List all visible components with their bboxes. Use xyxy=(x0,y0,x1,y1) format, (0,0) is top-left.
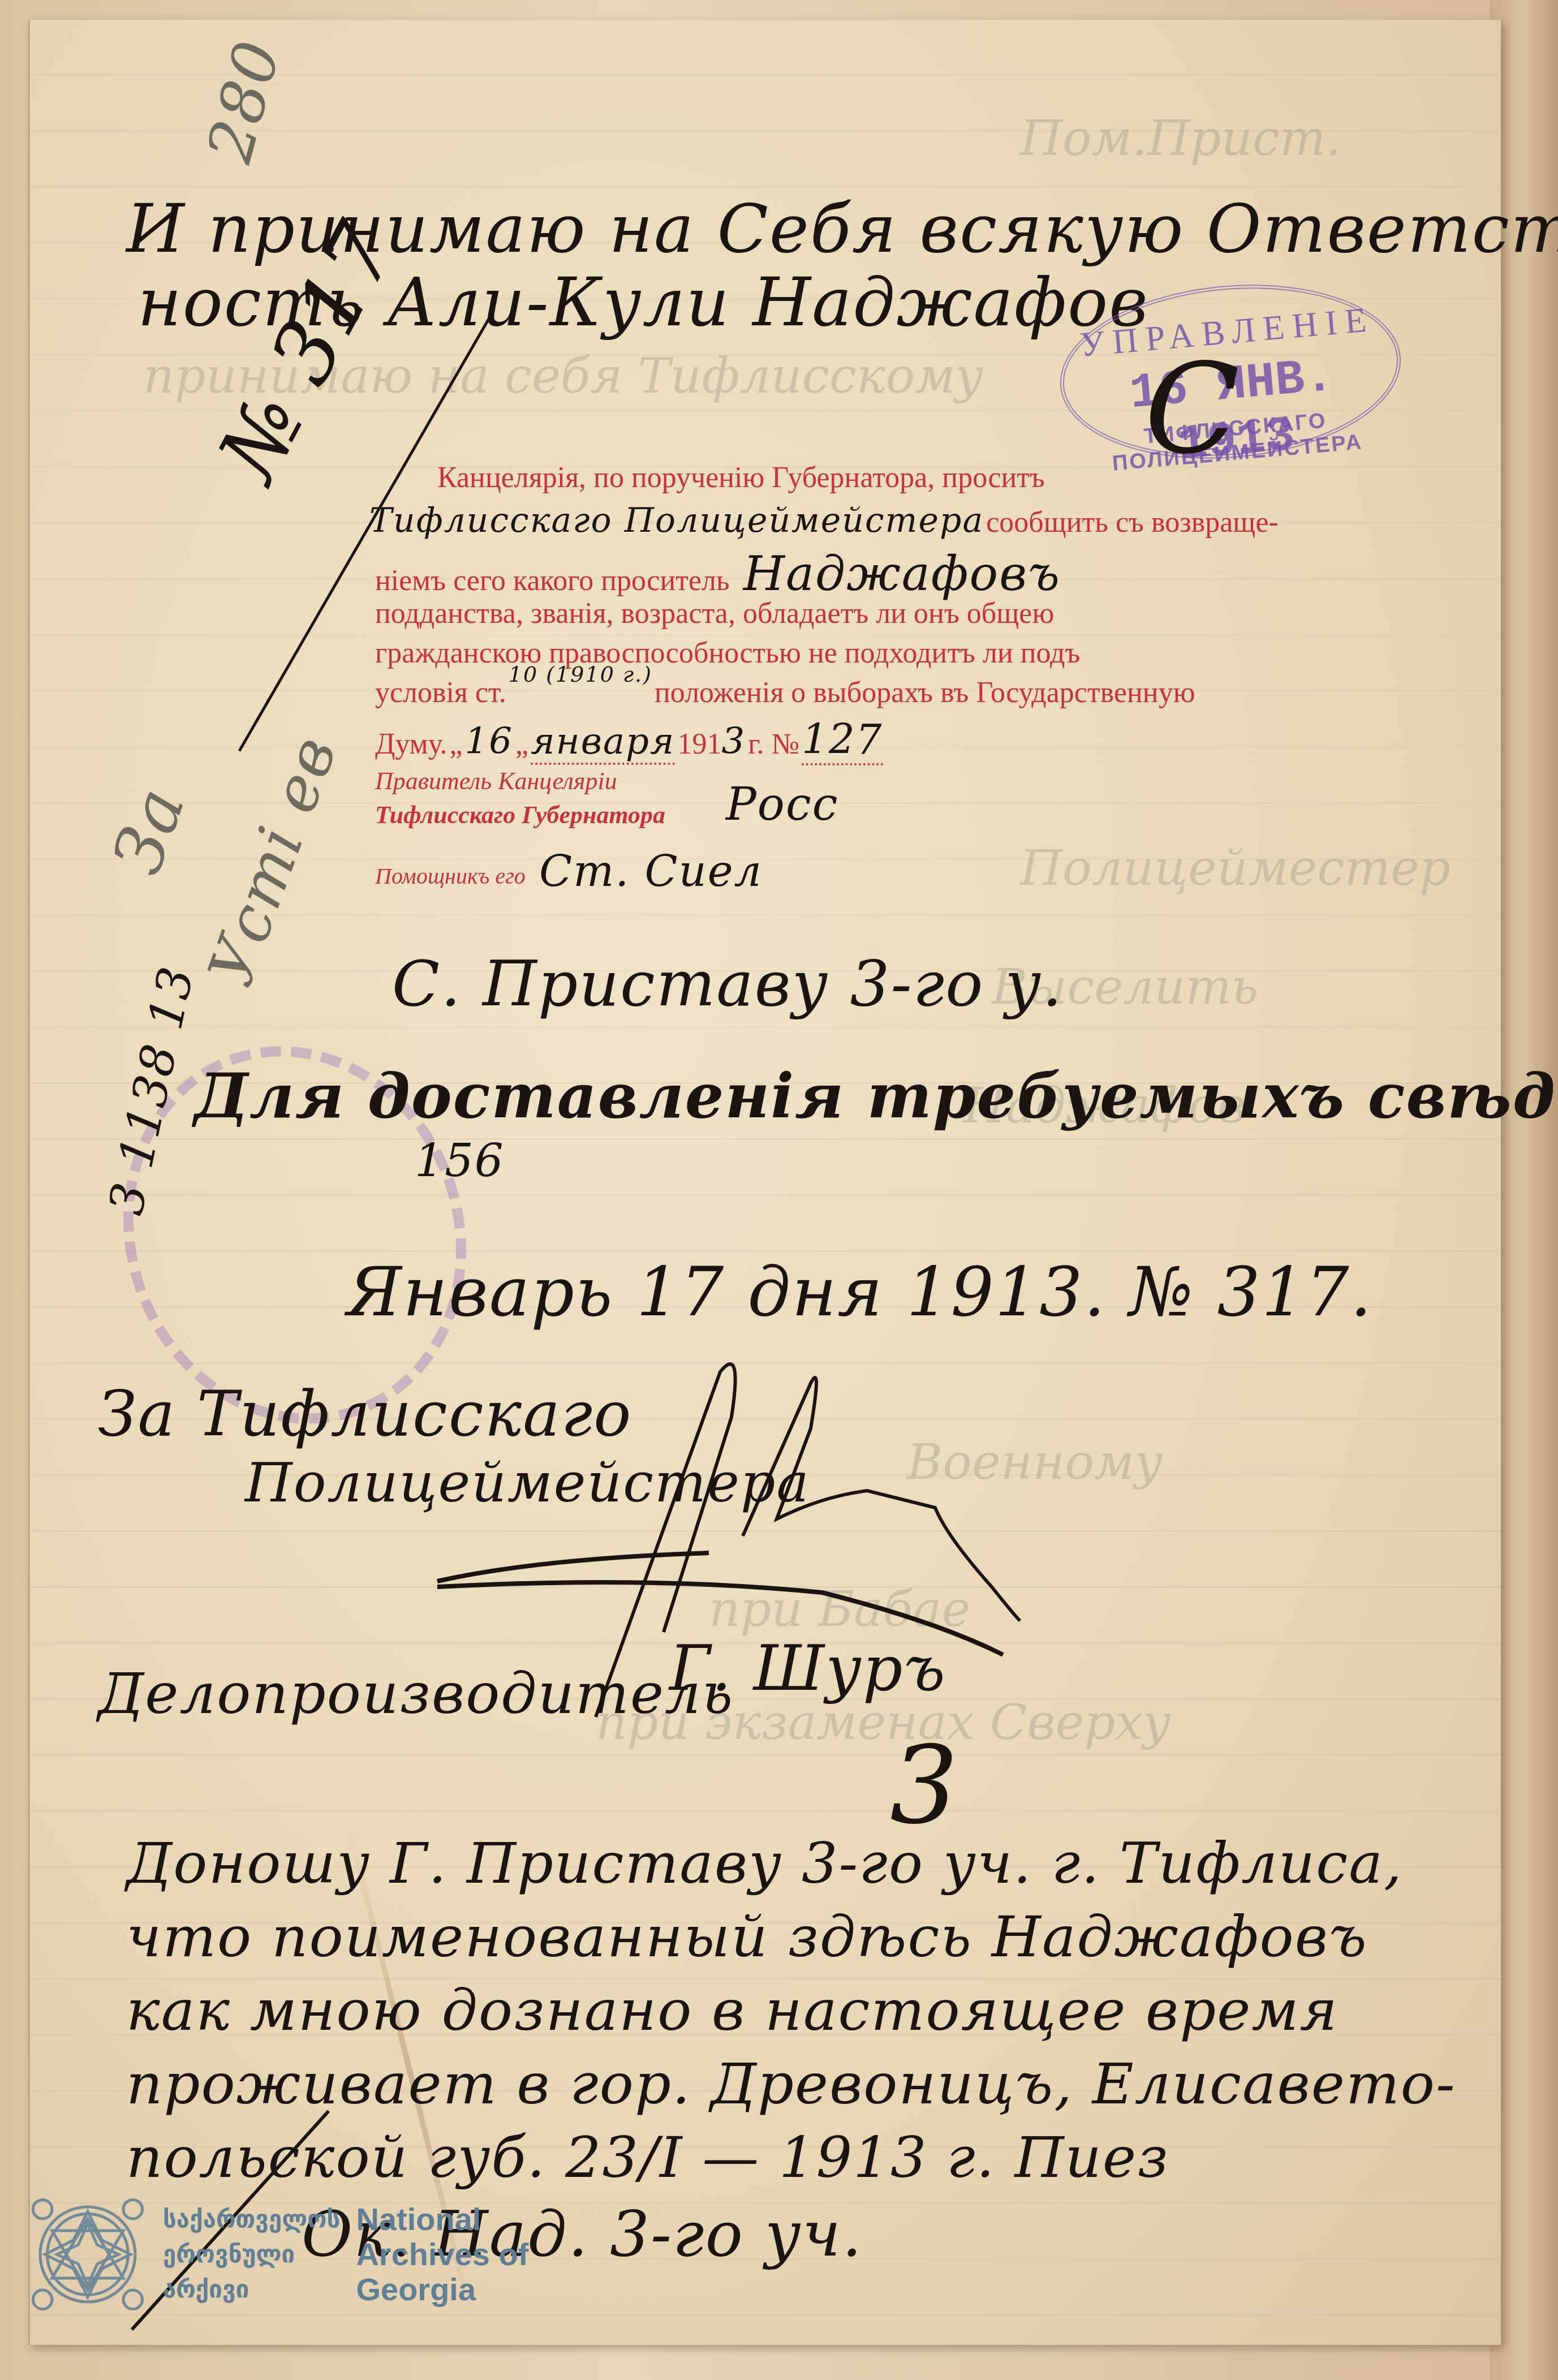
archive-logo-icon xyxy=(28,2195,147,2314)
signer-title-line-2: Тифлисскаго Губернатора xyxy=(375,800,665,829)
report-line-2: что поименованный здѣсь Наджафовъ xyxy=(126,1904,1368,1970)
watermark-georgian-1: საქართველოს xyxy=(163,2202,340,2237)
form-line-6-head: условія ст. xyxy=(375,677,506,709)
resolution-sub-number: 156 xyxy=(415,1134,505,1187)
resolution-mark: 3 xyxy=(890,1723,959,1848)
applicant-name-handwritten: Наджафовъ xyxy=(743,546,1061,601)
signer-title-line-1: Правитель Канцеляріи xyxy=(375,767,617,795)
report-line-1: Доношу Г. Приставу 3-го уч. г. Тифлиса, xyxy=(126,1830,1403,1896)
report-line-5: польской губ. 23/I — 1913 г. Пиез xyxy=(126,2124,1169,2190)
year-handwritten: 3 xyxy=(721,721,746,763)
page-number: 280 xyxy=(193,33,295,170)
watermark-english-1: National xyxy=(356,2202,528,2237)
year-printed: 191 xyxy=(677,728,721,760)
watermark-georgian-2: ეროვნული xyxy=(163,2237,340,2272)
resolution-line-1: С. Приставу 3-го у. xyxy=(392,948,1063,1020)
form-line-1: Канцелярія, по порученію Губернатора, пр… xyxy=(437,461,1045,494)
resolution-date-line: Январь 17 дня 1913. № 317. xyxy=(347,1253,1373,1332)
report-line-4: проживает в гор. Древоницъ, Елисавето- xyxy=(126,2051,1456,2117)
form-line-2-tail: сообщить съ возвраще- xyxy=(986,506,1279,539)
watermark-english-2: Archives of xyxy=(356,2237,528,2272)
article-handwritten: 10 (1910 г.) xyxy=(509,662,652,687)
resolution-line-2: Для доставленія требуемыхъ свѣдѣній. xyxy=(194,1061,1558,1132)
form-line-6-tail: положенія о выборахъ въ Государственную xyxy=(655,677,1195,709)
addressee-handwritten: Тифлисскаго Полицеймейстера xyxy=(369,501,984,540)
clerk-line: Делопроизводитель xyxy=(98,1660,734,1727)
form-line-3: ніемъ сего какого проситель Наджафовъ xyxy=(375,546,1061,601)
form-line-7-head: Думу. xyxy=(375,728,447,760)
form-line-2: Тифлисскаго Полицеймейстера сообщить съ … xyxy=(369,501,1279,540)
report-line-3: как мною дознано в настоящее время xyxy=(126,1977,1338,2043)
watermark-english-3: Georgia xyxy=(356,2272,528,2307)
form-line-3-head: ніемъ сего какого проситель xyxy=(375,565,730,597)
pencil-note-1: За xyxy=(98,777,201,884)
day-handwritten: 16 xyxy=(465,721,513,763)
assistant-signature: Ст. Сиел xyxy=(539,846,763,896)
year-suffix: г. № xyxy=(748,728,799,760)
form-line-4: подданства, званія, возраста, обладаетъ … xyxy=(375,597,1054,630)
form-line-6: условія ст. 10 (1910 г.) положенія о выб… xyxy=(375,676,1195,709)
month-handwritten: января xyxy=(531,721,675,765)
watermark-georgian: საქართველოს ეროვნული არქივი xyxy=(163,2202,340,2307)
watermark-georgian-3: არქივი xyxy=(163,2272,340,2307)
watermark-english: National Archives of Georgia xyxy=(356,2202,528,2307)
stamp-mark: С xyxy=(1144,337,1241,481)
clerk-signature: Г. Шуръ xyxy=(669,1632,946,1705)
document-page: Пом.Прист. принимаю на себя Тифлисскому … xyxy=(28,20,1501,2345)
form-line-5: гражданскою правоспособностью не подходи… xyxy=(375,636,1080,670)
bleed-through-text: Пом.Прист. xyxy=(1020,110,1341,167)
form-number-handwritten: 127 xyxy=(802,716,883,765)
archive-watermark: საქართველოს ეროვნული არქივი National Arc… xyxy=(28,2195,528,2314)
bleed-through-text: Полицейместер xyxy=(1020,840,1451,897)
form-line-7: Думу. „ 16 „ января 1913 г. № 127 xyxy=(375,716,883,765)
pencil-note-2: Усті ев xyxy=(194,726,351,995)
signer-signature: Росс xyxy=(726,778,839,830)
assistant-label: Помощникъ его xyxy=(375,863,526,889)
